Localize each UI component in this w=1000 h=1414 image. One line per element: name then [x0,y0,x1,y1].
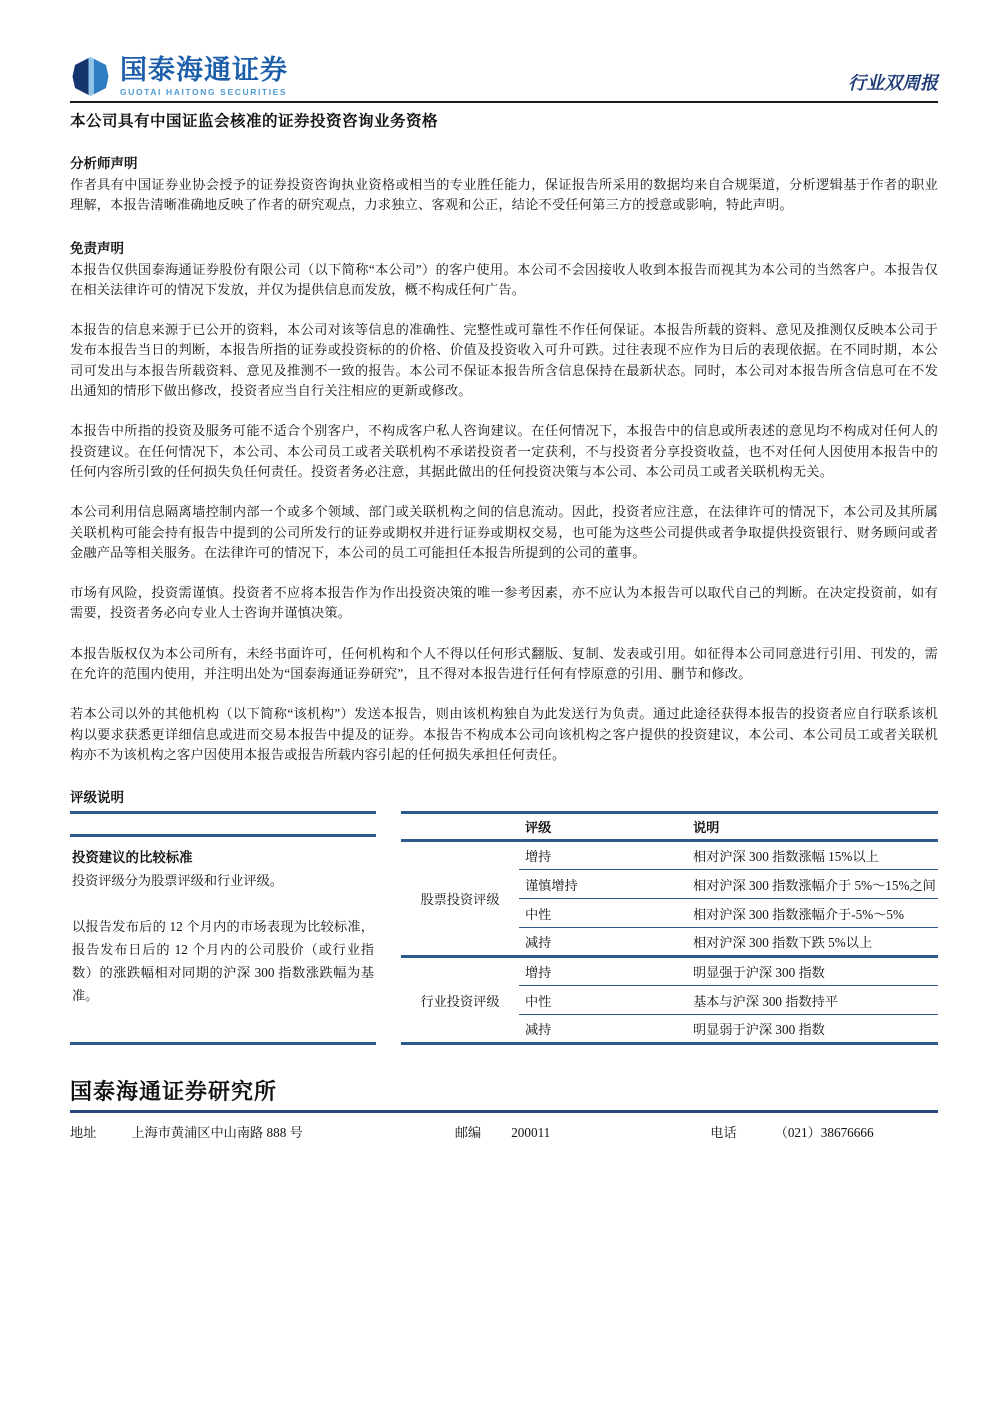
contact-row: 地址 上海市黄浦区中山南路 888 号 邮编 200011 电话 （021）38… [70,1122,938,1141]
disclaimer-paragraph: 本报告中所指的投资及服务可能不适合个别客户，不构成客户私人咨询建议。在任何情况下… [70,421,938,482]
qualification-title: 本公司具有中国证监会核准的证券投资咨询业务资格 [70,109,938,131]
stock-rating-group-label: 股票投资评级 [401,841,519,957]
zip-label: 邮编 [455,1122,481,1141]
rating-cell: 中性 [519,899,687,928]
disclaimer-paragraph: 本报告仅供国泰海通证券股份有限公司（以下简称“本公司”）的客户使用。本公司不会因… [70,260,938,301]
disclaimer-paragraphs: 本报告仅供国泰海通证券股份有限公司（以下简称“本公司”）的客户使用。本公司不会因… [70,260,938,766]
report-type-label: 行业双周报 [848,69,938,97]
rating-table-header-rating: 评级 [519,813,687,841]
desc-cell: 基本与沪深 300 指数持平 [687,986,938,1015]
rating-standard-p1: 投资评级分为股票评级和行业评级。 [72,869,374,892]
zip-value: 200011 [511,1125,550,1141]
disclaimer-paragraph: 若本公司以外的其他机构（以下简称“该机构”）发送本报告，则由该机构独自为此发送行… [70,704,938,765]
phone-value: （021）38676666 [775,1122,874,1141]
disclaimer-paragraph: 市场有风险，投资需谨慎。投资者不应将本报告作为作出投资决策的唯一参考因素，亦不应… [70,583,938,624]
brand-mark-icon [70,56,111,97]
address-value: 上海市黄浦区中山南路 888 号 [131,1122,302,1141]
desc-cell: 相对沪深 300 指数涨幅介于 5%～15%之间 [687,870,938,899]
page-header: 国泰海通证券 GUOTAI HAITONG SECURITIES 行业双周报 [70,56,938,103]
desc-cell: 相对沪深 300 指数下跌 5%以上 [687,928,938,957]
address-label: 地址 [70,1122,96,1141]
rating-table-header-row: 评级 说明 [401,813,938,841]
rating-cell: 谨慎增持 [519,870,687,899]
desc-cell: 明显弱于沪深 300 指数 [687,1015,938,1044]
brand-name-en: GUOTAI HAITONG SECURITIES [120,88,288,97]
desc-cell: 相对沪深 300 指数涨幅 15%以上 [687,841,938,870]
rating-comparison-standard: 投资建议的比较标准 投资评级分为股票评级和行业评级。 以报告发布后的 12 个月… [70,811,376,1045]
disclaimer-paragraph: 本报告版权仅为本公司所有，未经书面许可，任何机构和个人不得以任何形式翻版、复制、… [70,644,938,685]
rating-standard-p2: 以报告发布后的 12 个月内的市场表现为比较标准，报告发布日后的 12 个月内的… [72,915,374,1007]
rating-standard-title: 投资建议的比较标准 [72,846,374,869]
report-page: 国泰海通证券 GUOTAI HAITONG SECURITIES 行业双周报 本… [0,0,1000,1414]
rating-table: 评级 说明 股票投资评级 增持 相对沪深 300 指数涨幅 15%以上 谨慎增持… [401,811,938,1045]
disclaimer-heading: 免责声明 [70,237,938,257]
rating-section: 投资建议的比较标准 投资评级分为股票评级和行业评级。 以报告发布后的 12 个月… [70,811,938,1045]
rating-section-heading: 评级说明 [70,786,938,806]
industry-rating-group-label: 行业投资评级 [401,957,519,1044]
brand-name-cn: 国泰海通证券 [120,57,288,84]
disclaimer-paragraph: 本报告的信息来源于已公开的资料，本公司对该等信息的准确性、完整性或可靠性不作任何… [70,320,938,401]
rating-cell: 减持 [519,928,687,957]
footer-divider [70,1110,938,1113]
desc-cell: 明显强于沪深 300 指数 [687,957,938,986]
rating-table-header-desc: 说明 [687,813,938,841]
brand-logo: 国泰海通证券 GUOTAI HAITONG SECURITIES [70,56,288,97]
table-row: 股票投资评级 增持 相对沪深 300 指数涨幅 15%以上 [401,841,938,870]
table-row: 行业投资评级 增持 明显强于沪深 300 指数 [401,957,938,986]
rating-cell: 增持 [519,841,687,870]
phone-label: 电话 [710,1122,736,1141]
rating-cell: 减持 [519,1015,687,1044]
rating-table-header-empty [401,813,519,841]
disclaimer-paragraph: 本公司利用信息隔离墙控制内部一个或多个领域、部门或关联机构之间的信息流动。因此，… [70,502,938,563]
desc-cell: 相对沪深 300 指数涨幅介于-5%～5% [687,899,938,928]
analyst-statement-body: 作者具有中国证券业协会授予的证券投资咨询执业资格或相当的专业胜任能力，保证报告所… [70,175,938,216]
rating-cell: 中性 [519,986,687,1015]
rating-cell: 增持 [519,957,687,986]
research-institute-title: 国泰海通证券研究所 [70,1075,938,1106]
analyst-statement-heading: 分析师声明 [70,152,938,172]
rating-table-wrap: 评级 说明 股票投资评级 增持 相对沪深 300 指数涨幅 15%以上 谨慎增持… [401,811,938,1045]
